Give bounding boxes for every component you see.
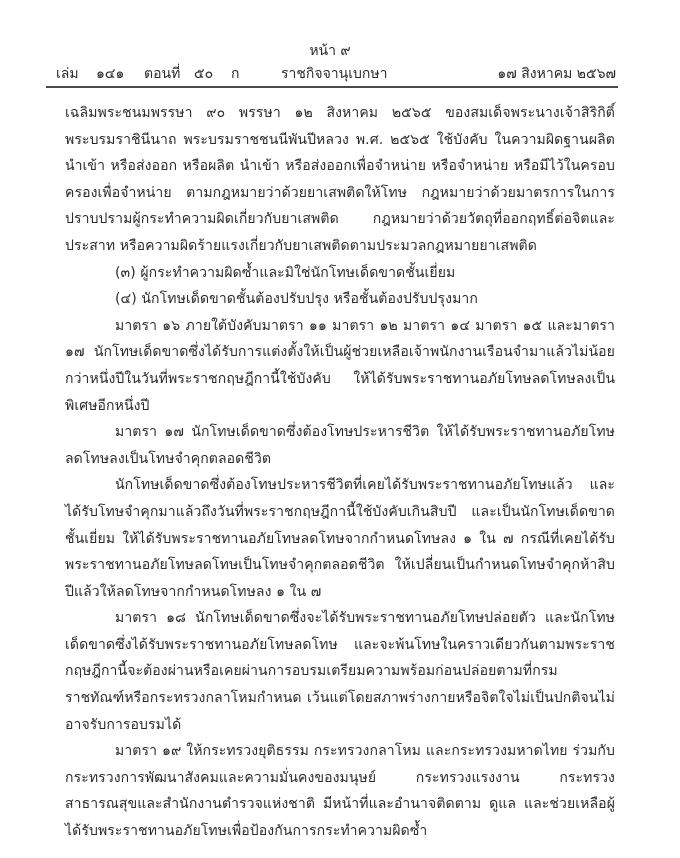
section-17: มาตรา ๑๗ นักโทษเด็ดขาดซึ่งต้องโทษประหารช… [65,419,615,472]
gazette-name: ราชกิจจานุเบกษา [281,64,387,84]
header-divider [46,86,618,88]
section-letter: ก [231,64,239,84]
gazette-header: เล่ม ๑๔๑ ตอนที่ ๕๐ ก ราชกิจจานุเบกษา ๑๗ … [56,64,616,84]
issue-number: ๕๐ [194,64,213,84]
section-18: มาตรา ๑๘ นักโทษเด็ดขาดซึ่งจะได้รับพระราช… [65,605,615,738]
paragraph-continuation: เฉลิมพระชนมพรรษา ๙๐ พรรษา ๑๒ สิงหาคม ๒๕๖… [65,100,615,260]
list-item-4: (๔) นักโทษเด็ดขาดชั้นต้องปรับปรุง หรือชั… [65,286,615,313]
section-19: มาตรา ๑๙ ให้กระทรวงยุติธรรม กระทรวงกลาโห… [65,738,615,844]
list-item-3: (๓) ผู้กระทำความผิดซ้ำและมิใช่นักโทษเด็ด… [65,260,615,287]
volume-label: เล่ม [56,64,79,84]
page-number: หน้า ๙ [0,42,660,60]
volume-number: ๑๔๑ [96,64,124,84]
section-17-paragraph-2: นักโทษเด็ดขาดซึ่งต้องโทษประหารชีวิตที่เค… [65,472,615,605]
document-body: เฉลิมพระชนมพรรษา ๙๐ พรรษา ๑๒ สิงหาคม ๒๕๖… [65,100,615,845]
publication-date: ๑๗ สิงหาคม ๒๕๖๗ [497,64,616,84]
issue-label: ตอนที่ [144,64,180,84]
section-16: มาตรา ๑๖ ภายใต้บังคับมาตรา ๑๑ มาตรา ๑๒ ม… [65,313,615,419]
